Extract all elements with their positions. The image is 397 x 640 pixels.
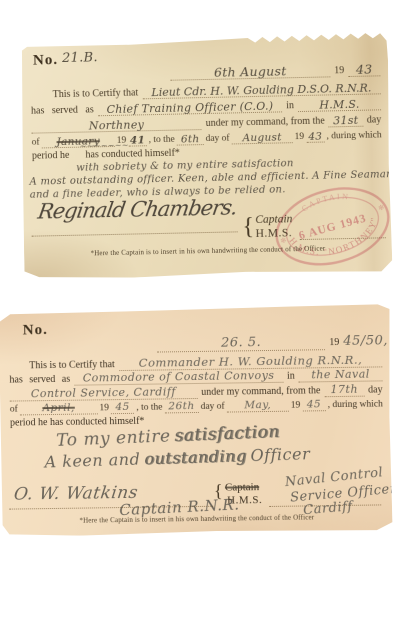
date-handwritten: 26. 5. [221,335,261,351]
in-printed: in [286,100,294,111]
year-handwritten: 43 [356,61,373,76]
from-year-handwritten: 41 [130,134,145,146]
to-the-printed: , to the [136,402,162,412]
role-handwritten: Commodore of Coastal Convoys [83,369,275,385]
period-printed: period he [32,150,70,162]
conducted-printed: period he has conducted himself* [10,416,145,429]
command-printed: under my command, from the [201,385,320,398]
scanned-certificates-page: No. 21.B. 6th August 19 43 This is to Ce… [0,0,397,640]
remark2-part-a: A keen and [44,449,140,471]
to-year-handwritten: 45 [307,398,322,410]
certify-printed: This is to Certify that [29,359,115,371]
from-year-prefix-printed: 19 [99,403,109,413]
brace-glyph: { [214,482,223,500]
served-as-printed: has served as [9,374,70,386]
date-line: 26. 5. 19 45/50, [157,333,388,352]
remark1-part-b-scrawled: satisfaction [174,422,280,446]
certify-printed: This is to Certify that [53,87,139,100]
date-handwritten: 6th August [214,63,287,80]
remark2-part-c: Officer [250,444,310,465]
day-of-printed: day of [206,134,230,145]
captain-signature: Reginald Chambers. [36,195,238,223]
signature-dotted-line [32,231,238,236]
to-year-handwritten: 43 [308,131,322,143]
year-prefix-printed: 19 [334,65,344,76]
of-printed: of [32,137,40,147]
from-day-handwritten: 17th [330,383,358,396]
number-label: No. [23,322,48,339]
command-printed: under my command, from the [206,116,325,129]
remark2-part-b-scrawled: outstanding [144,446,247,468]
ship-name-handwritten: Northney [89,118,144,132]
number-value-handwritten: 21.B. [62,50,98,66]
from-year-handwritten: 45 [115,401,130,413]
place1-handwritten: the Naval [311,368,370,382]
in-printed: in [287,371,295,382]
brace-glyph: { [242,215,254,239]
day-of-printed: day of [201,402,225,412]
number-label: No. [33,52,58,69]
hms-label-printed: H.M.S. [227,494,262,506]
to-year-prefix-printed: 19 [291,401,301,411]
day-printed: day [367,114,382,125]
during-printed: , during which [326,130,381,141]
to-month-handwritten: May, [244,399,271,411]
year-prefix-printed: 19 [329,337,339,348]
certificate-1943: No. 21.B. 6th August 19 43 This is to Ce… [20,32,393,280]
to-month-handwritten: August [242,131,281,144]
to-day-handwritten: 6th [181,133,200,145]
role-handwritten: Chief Training Officer (C.O.) [106,100,273,116]
place2-handwritten: Control Service, Cardiff [31,385,176,400]
captain-label-printed-struck: Captain [225,481,259,493]
certificate-1945: No. 26. 5. 19 45/50, This is to Certify … [0,303,393,536]
remark1-part-a: To my entire [56,426,171,451]
from-day-handwritten: 31st [333,114,359,128]
from-month-handwritten: April, [42,402,75,414]
to-the-printed: , to the [149,135,175,146]
conducted-printed: has conducted himself* [85,148,180,161]
to-year-prefix-printed: 19 [295,132,305,142]
certificate-number-line: No. 21.B. [33,50,98,69]
day-printed: day [368,384,383,395]
during-printed: , during which [328,399,383,410]
served-as-printed: has served as [31,104,94,116]
of-printed: of [10,404,18,414]
footnote: *Here the Captain is to insert in his ow… [1,513,392,525]
year-handwritten: 45/50, [343,333,388,349]
ship-prefix-handwritten: H.M.S. [319,98,360,112]
captain-oval-stamp: CAPTAIN H.M.S. "NORTHNEY" 6 AUG 1943 ✻ ✻ [269,178,397,275]
to-day-handwritten: 26th [168,400,195,412]
date-line: 6th August 19 43 [170,60,380,80]
